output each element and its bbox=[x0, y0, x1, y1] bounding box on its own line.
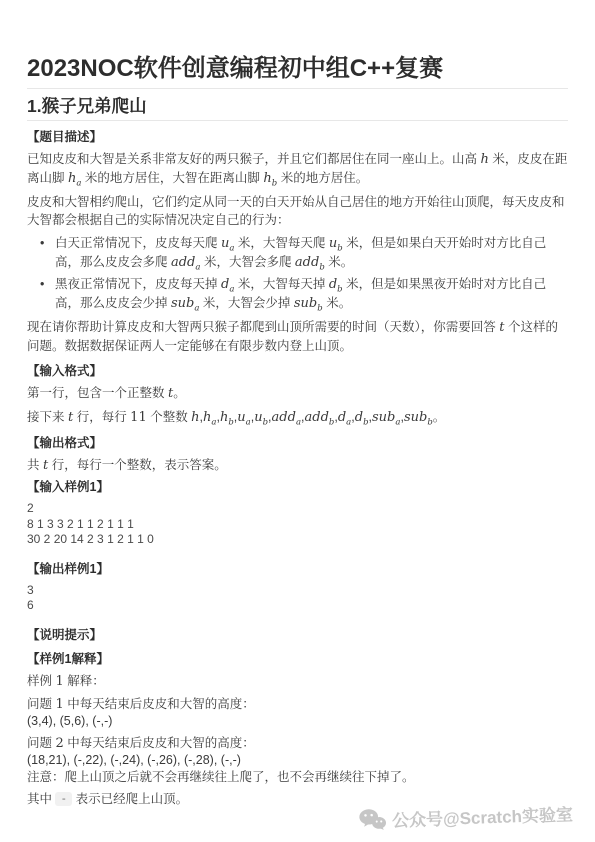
explain-problem-1-title: 问题 1 中每天结束后皮皮和大智的高度： bbox=[27, 696, 568, 714]
explain-problem-1: 问题 1 中每天结束后皮皮和大智的高度： (3,4), (5,6), (-,-) bbox=[27, 696, 568, 730]
sample-input-block: 2 8 1 3 3 2 1 1 2 1 1 1 30 2 20 14 2 3 1… bbox=[27, 501, 568, 548]
sample-output-block: 3 6 bbox=[27, 583, 568, 614]
section-header-input-format: 【输入格式】 bbox=[27, 363, 568, 379]
list-item-daytime: 白天正常情况下，皮皮每天爬 ua 米，大智每天爬 ub 米，但是如果白天开始时对… bbox=[40, 234, 568, 272]
output-format-line-1: 共 t 行，每行一个整数，表示答案。 bbox=[27, 456, 568, 475]
document-title: 2023NOC软件创意编程初中组C++复赛 bbox=[27, 54, 568, 89]
explain-problem-2-title: 问题 2 中每天结束后皮皮和大智的高度： bbox=[27, 735, 568, 753]
explain-problem-2: 问题 2 中每天结束后皮皮和大智的高度： (18,21), (-,22), (-… bbox=[27, 735, 568, 786]
explain-note: 注意：爬上山顶之后就不会再继续往上爬了，也不会再继续往下掉了。 bbox=[27, 769, 568, 786]
description-paragraph-2: 皮皮和大智相约爬山，它们约定从同一天的白天开始从自己居住的地方开始往山顶爬，每天… bbox=[27, 193, 568, 229]
sample-output-line: 3 bbox=[27, 583, 568, 599]
sample-output-line: 6 bbox=[27, 598, 568, 614]
description-paragraph-1: 已知皮皮和大智是关系非常友好的两只猴子，并且它们都居住在同一座山上。山高 h 米… bbox=[27, 150, 568, 188]
section-header-output-format: 【输出格式】 bbox=[27, 435, 568, 451]
section-header-sample-output: 【输出样例1】 bbox=[27, 561, 568, 577]
explain-problem-2-heights: (18,21), (-,22), (-,24), (-,26), (-,28),… bbox=[27, 752, 568, 769]
sample-input-line: 8 1 3 3 2 1 1 2 1 1 1 bbox=[27, 517, 568, 533]
problem-title: 1.猴子兄弟爬山 bbox=[27, 96, 568, 121]
input-format-line-2: 接下来 t 行，每行 11 个整数 h,ha,hb,ua,ub,adda,add… bbox=[27, 408, 568, 427]
explain-intro: 样例 1 解释： bbox=[27, 672, 568, 691]
input-format-line-1: 第一行，包含一个正整数 t。 bbox=[27, 384, 568, 403]
document-page: 2023NOC软件创意编程初中组C++复赛 1.猴子兄弟爬山 【题目描述】 已知… bbox=[0, 0, 595, 842]
sample-input-line: 30 2 20 14 2 3 1 2 1 1 0 bbox=[27, 532, 568, 548]
section-header-sample-input: 【输入样例1】 bbox=[27, 479, 568, 495]
wechat-icon bbox=[359, 808, 387, 832]
description-paragraph-3: 现在请你帮助计算皮皮和大智两只猴子都爬到山顶所需要的时间（天数），你需要回答 t… bbox=[27, 318, 568, 355]
behavior-list: 白天正常情况下，皮皮每天爬 ua 米，大智每天爬 ub 米，但是如果白天开始时对… bbox=[27, 234, 568, 313]
section-header-sample-explain: 【样例1解释】 bbox=[27, 651, 568, 667]
explain-problem-1-heights: (3,4), (5,6), (-,-) bbox=[27, 713, 568, 730]
section-header-hint: 【说明提示】 bbox=[27, 627, 568, 643]
sample-input-line: 2 bbox=[27, 501, 568, 517]
watermark-text: 公众号@Scratch实验室 bbox=[392, 800, 574, 831]
list-item-night: 黑夜正常情况下，皮皮每天掉 da 米，大智每天掉 db 米，但是如果黑夜开始时对… bbox=[40, 275, 568, 313]
section-header-description: 【题目描述】 bbox=[27, 129, 568, 145]
